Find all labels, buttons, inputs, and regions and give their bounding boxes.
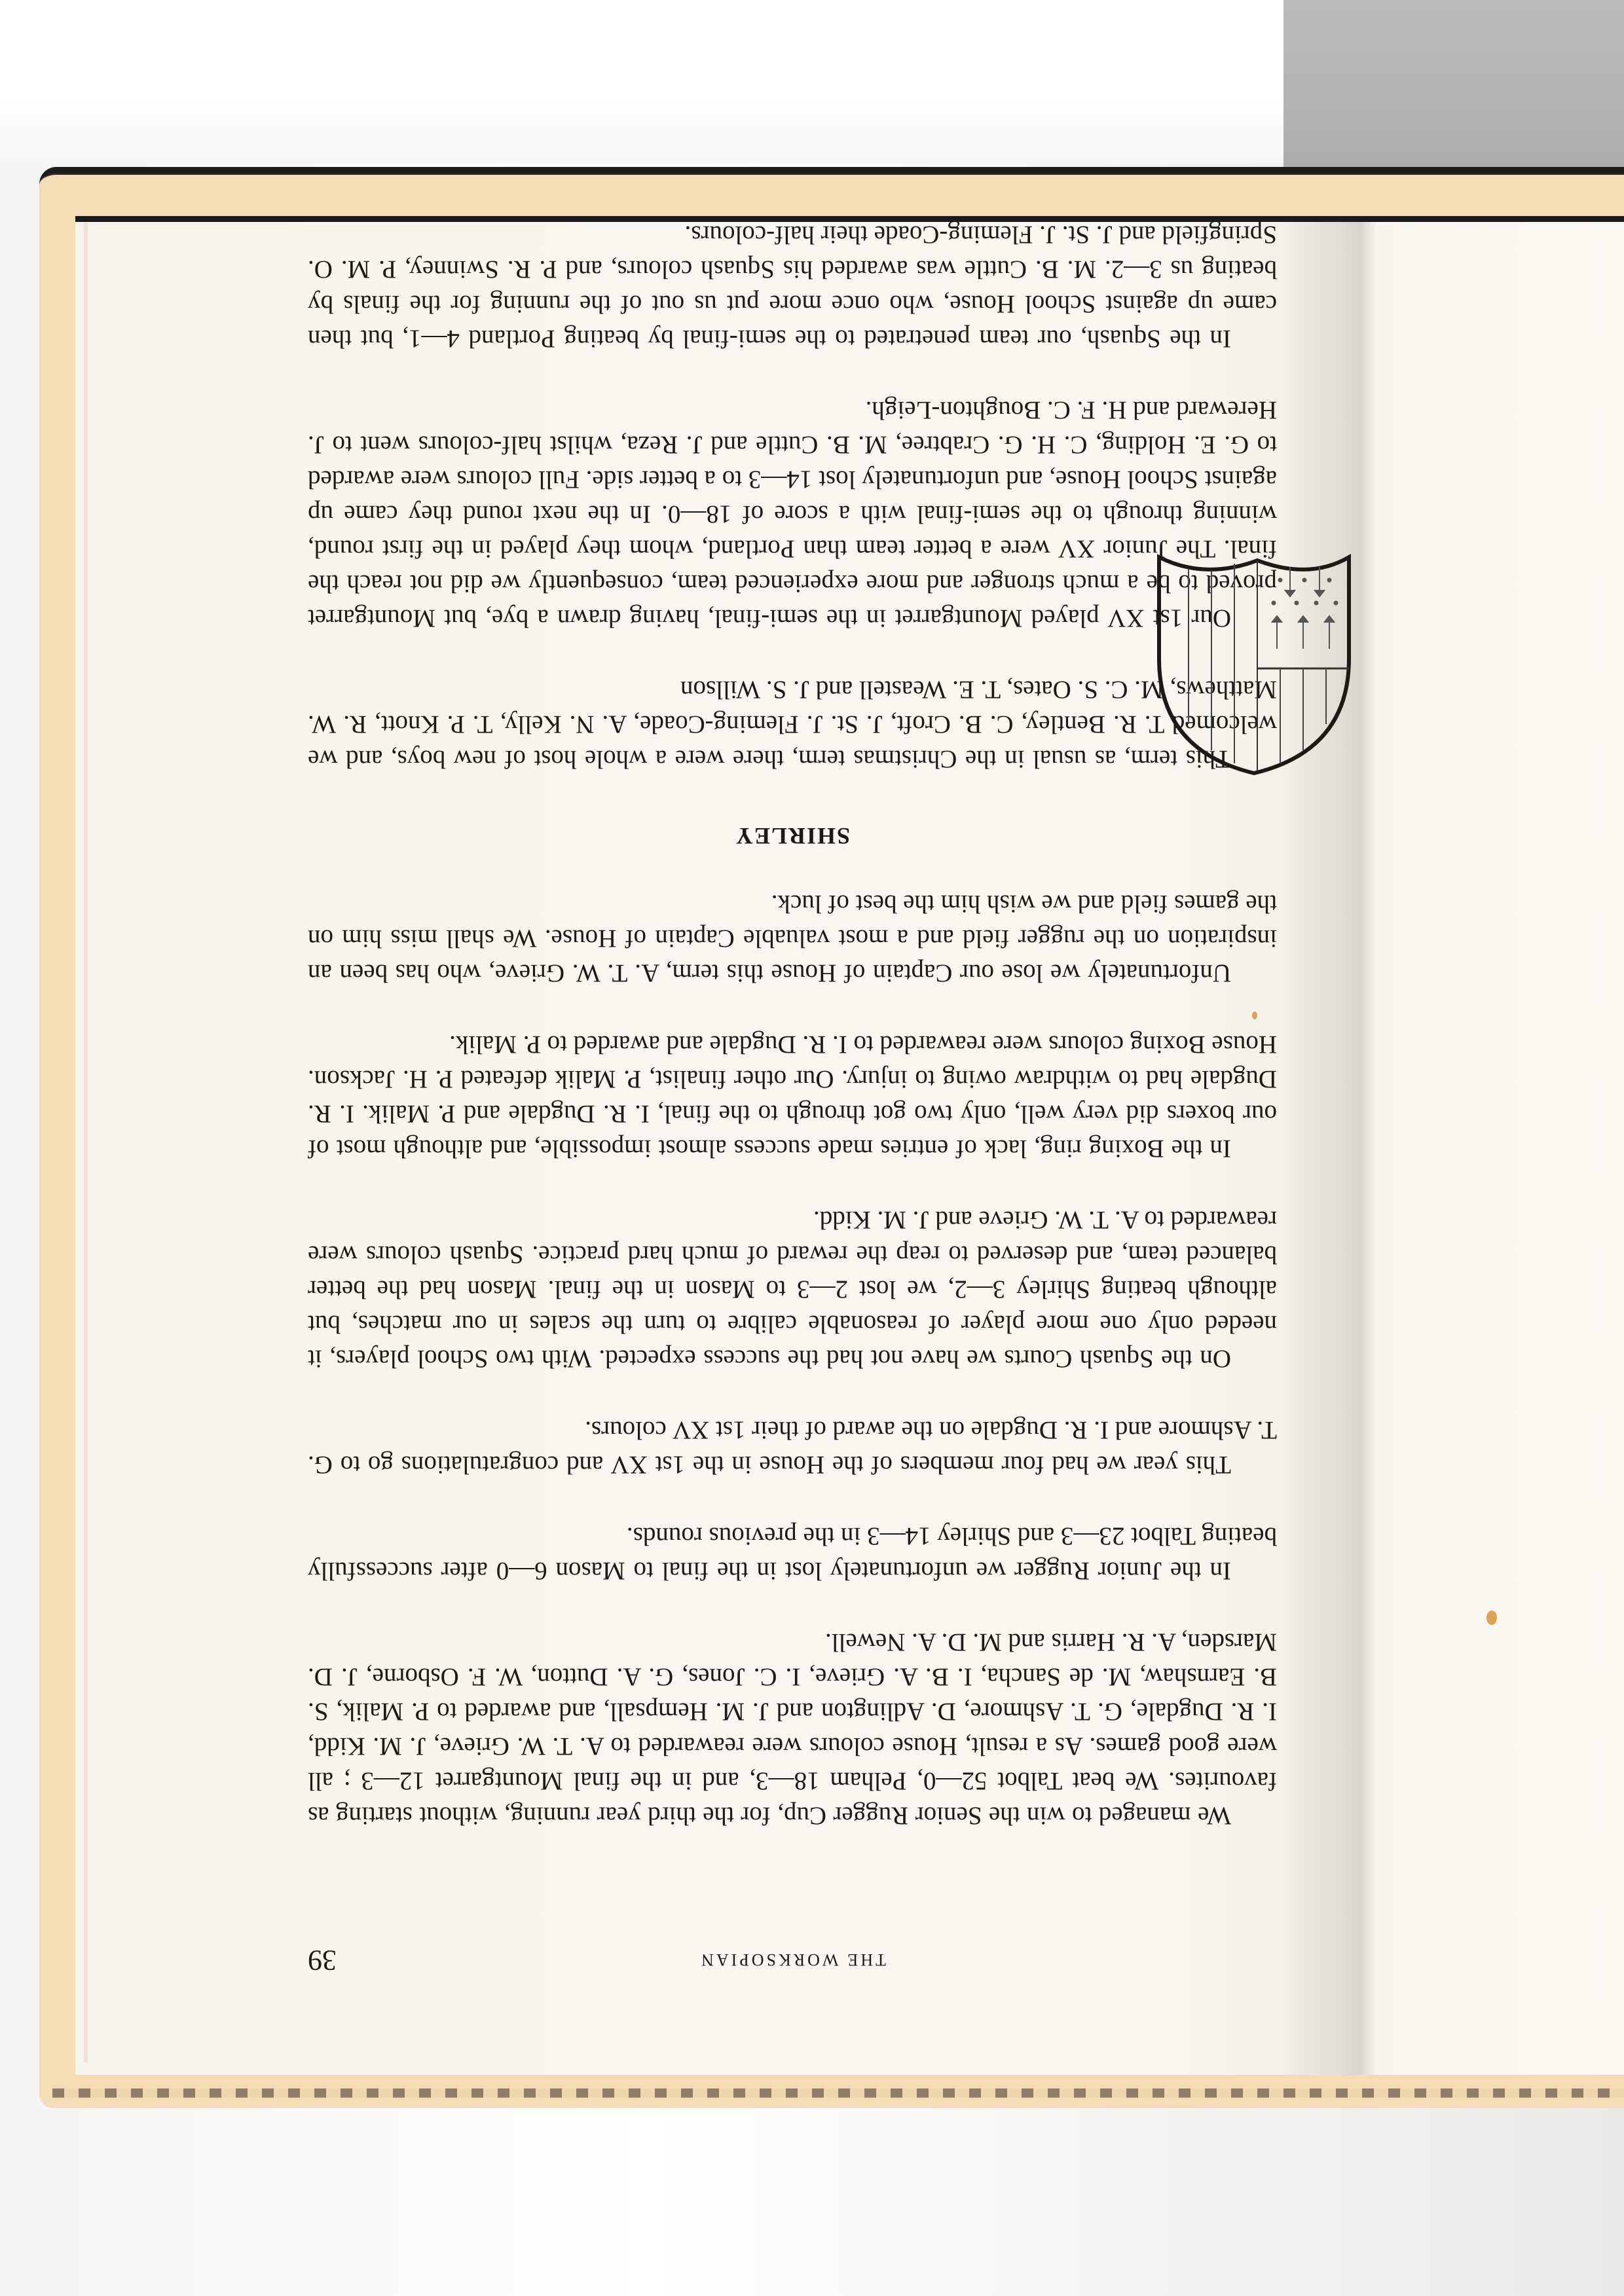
- paragraph: This year we had four members of the Hou…: [308, 1413, 1277, 1482]
- journal-title: THE WORKSOPIAN: [308, 1950, 1277, 1969]
- page-text-block: THE WORKSOPIAN 39 We managed to win the …: [308, 308, 1277, 1977]
- paragraph: In the Squash, our team penetrated to th…: [308, 217, 1277, 356]
- paragraph: In the Boxing ring, lack of entries made…: [308, 1027, 1277, 1166]
- page-number: 39: [308, 1944, 337, 1977]
- paragraph: We managed to win the Senior Rugger Cup,…: [308, 1625, 1277, 1833]
- paragraph: On the Squash Courts we have not had the…: [308, 1203, 1277, 1376]
- worn-cover-edge: [52, 2088, 1624, 2098]
- house-report-section: We managed to win the Senior Rugger Cup,…: [308, 886, 1277, 1833]
- paragraph: This term, as usual in the Christmas ter…: [308, 672, 1277, 776]
- page-gutter: [84, 223, 88, 2062]
- shirley-shield-icon: [1153, 554, 1356, 776]
- shirley-section: This term, as usual in the Christmas ter…: [308, 217, 1277, 776]
- paragraph: Unfortunately we lose our Captain of Hou…: [308, 886, 1277, 991]
- section-heading-shirley: SHIRLEY: [308, 822, 1277, 850]
- paragraph: Our 1st XV played Mountgarret in the sem…: [308, 393, 1277, 636]
- stain-mark: [1486, 1611, 1497, 1625]
- paragraph: In the Junior Rugger we unfortunately lo…: [308, 1519, 1277, 1588]
- running-head: THE WORKSOPIAN 39: [308, 1931, 1277, 1977]
